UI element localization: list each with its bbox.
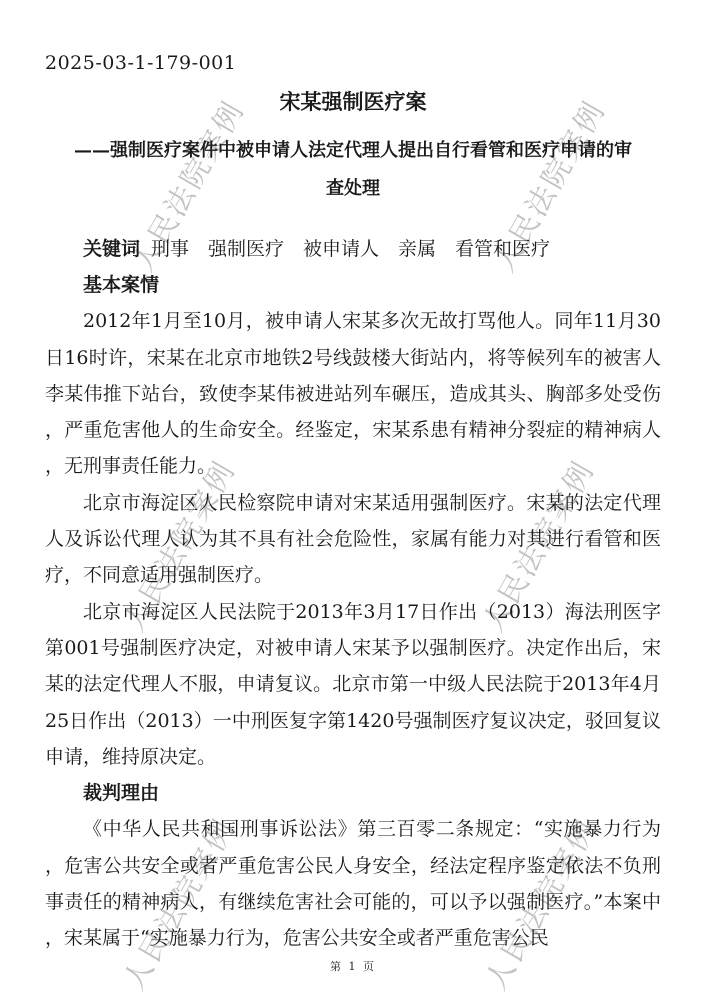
case-reference-number: 2025-03-1-179-001 xyxy=(45,0,661,76)
body-paragraph: 2012年1月至10月，被申请人宋某多次无故打骂他人。同年11月30日16时许，… xyxy=(45,303,661,484)
body-paragraph: 《中华人民共和国刑事诉讼法》第三百零二条规定：“实施暴力行为，危害公共安全或者严… xyxy=(45,811,661,956)
keywords-terms: 刑事 强制医疗 被申请人 亲属 看管和医疗 xyxy=(151,238,550,260)
document-page: 人民法院案例 人民法院案例 人民法院案例 人民法院案例 人民法院案例 人民法院案… xyxy=(0,0,706,999)
body-paragraph: 北京市海淀区人民检察院申请对宋某适用强制医疗。宋某的法定代理人及诉讼代理人认为其… xyxy=(45,485,661,594)
document-content: 2025-03-1-179-001 宋某强制医疗案 ——强制医疗案件中被申请人法… xyxy=(45,0,661,957)
section-heading-basic-facts: 基本案情 xyxy=(45,267,661,303)
section-heading-judgment-reasons: 裁判理由 xyxy=(45,775,661,811)
body-paragraph: 北京市海淀区人民法院于2013年3月17日作出（2013）海法刑医字第001号强… xyxy=(45,594,661,775)
page-number: 第 1 页 xyxy=(0,958,706,974)
keywords-label: 关键词 xyxy=(83,238,140,260)
case-title: 宋某强制医疗案 xyxy=(45,87,661,116)
case-subtitle: ——强制医疗案件中被申请人法定代理人提出自行看管和医疗申请的审查处理 xyxy=(67,132,639,208)
keywords-line: 关键词刑事 强制医疗 被申请人 亲属 看管和医疗 xyxy=(45,231,661,267)
